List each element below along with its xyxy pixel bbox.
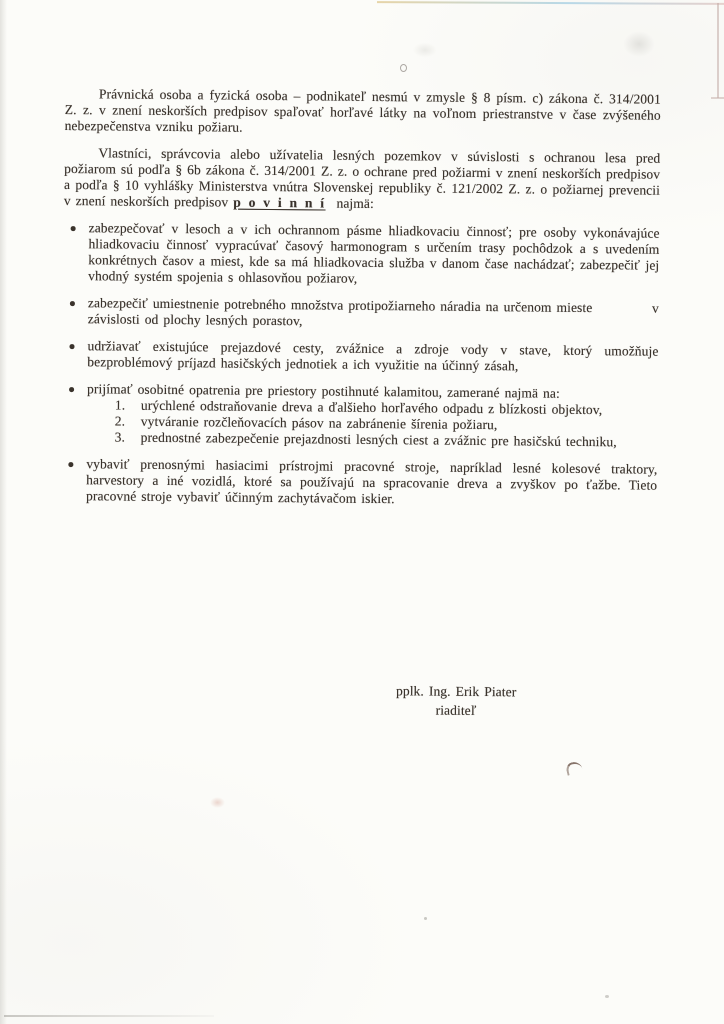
signature-block: pplk. Ing. Erik Piater riaditeľ bbox=[326, 681, 586, 721]
small-scan-mark bbox=[400, 64, 407, 72]
signature-name: pplk. Ing. Erik Piater bbox=[326, 681, 586, 702]
obligations-list: zabezpečovať v lesoch a v ich ochrannom … bbox=[61, 220, 660, 510]
paragraph-burning-prohibition: Právnická osoba a fyzická osoba – podnik… bbox=[65, 86, 661, 140]
scan-bottom-edge-line bbox=[4, 1015, 214, 1017]
emphasis-povinni: p o v i n n í bbox=[233, 195, 325, 211]
bullet-icon bbox=[71, 226, 76, 231]
dust-speck bbox=[424, 917, 427, 920]
scanned-document-page: Právnická osoba a fyzická osoba – podnik… bbox=[0, 0, 724, 1024]
list-item-text: udržiavať existujúce prejazdové cesty, z… bbox=[87, 338, 658, 375]
list-item-text: zabezpečiť umiestnenie potrebného množst… bbox=[88, 295, 659, 332]
signature-title: riaditeľ bbox=[326, 700, 586, 721]
list-item-patrol-activity: zabezpečovať v lesoch a v ich ochrannom … bbox=[63, 220, 660, 290]
item-number: 1. bbox=[115, 397, 141, 413]
list-item-text: zabezpečovať v lesoch a v ich ochrannom … bbox=[88, 220, 660, 289]
document-body: Právnická osoba a fyzická osoba – podnik… bbox=[56, 86, 661, 1022]
paragraph-text-after: najmä: bbox=[336, 196, 373, 211]
list-item-access-roads: udržiavať existujúce prejazdové cesty, z… bbox=[62, 338, 658, 376]
list-item-firefighting-tools: zabezpečiť umiestnenie potrebného množst… bbox=[63, 295, 659, 333]
scan-right-edge-line bbox=[717, 3, 719, 98]
faint-pink-smudge bbox=[210, 797, 225, 808]
list-item-machine-extinguishers: vybaviť prenosnými hasiacimi prístrojmi … bbox=[61, 456, 657, 510]
faint-smudge bbox=[412, 42, 438, 58]
list-item-text: prijímať osobitné opatrenia pre priestor… bbox=[87, 381, 659, 450]
item-number: 3. bbox=[115, 429, 141, 445]
bullet-icon bbox=[68, 462, 73, 467]
bullet-icon bbox=[70, 301, 75, 306]
bullet-icon bbox=[69, 387, 74, 392]
dust-speck bbox=[605, 995, 609, 998]
scan-left-edge-shadow bbox=[0, 0, 7, 1024]
bullet-icon bbox=[69, 344, 74, 349]
item-number: 2. bbox=[115, 413, 141, 429]
line-tail: v bbox=[652, 301, 659, 317]
faint-smudge bbox=[622, 30, 656, 58]
scan-top-chromatic-line bbox=[377, 1, 724, 5]
list-item-calamity-measures: prijímať osobitné opatrenia pre priestor… bbox=[62, 381, 659, 451]
list-item-text: vybaviť prenosnými hasiacimi prístrojmi … bbox=[86, 456, 657, 509]
paragraph-owners-obligations: Vlastníci, správcovia alebo užívatelia l… bbox=[64, 145, 661, 215]
scan-right-edge-tick bbox=[711, 97, 724, 99]
numbered-sublist: 1. urýchlené odstraňovanie dreva a ďalši… bbox=[87, 397, 658, 450]
